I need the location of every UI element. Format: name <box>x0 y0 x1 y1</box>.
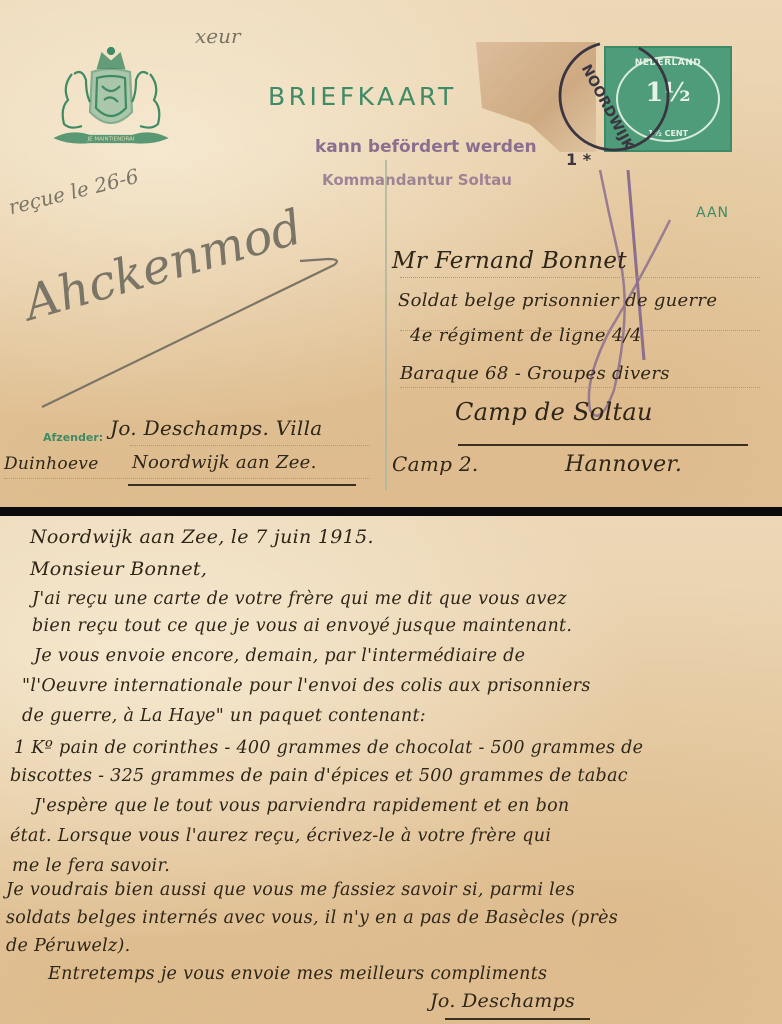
letter-line: J'ai reçu une carte de votre frère qui m… <box>32 589 567 609</box>
sender-line-1: Jo. Deschamps. Villa <box>110 416 323 440</box>
svg-text:JE MAINTIENDRAI: JE MAINTIENDRAI <box>87 137 135 143</box>
letter-line: de guerre, à La Haye" un paquet contenan… <box>22 706 426 726</box>
censor-stamp-line1: kann befördert werden <box>315 137 537 157</box>
letter-dateline: Noordwijk aan Zee, le 7 juin 1915. <box>30 526 374 548</box>
letter-salutation: Monsieur Bonnet, <box>30 558 207 580</box>
letter-line: "l'Oeuvre internationale pour l'envoi de… <box>22 676 591 696</box>
letter-line: 1 Kº pain de corinthes - 400 grammes de … <box>14 738 643 758</box>
postcard-back: Noordwijk aan Zee, le 7 juin 1915. Monsi… <box>0 516 782 1024</box>
address-line-1: Mr Fernand Bonnet <box>392 248 627 274</box>
coat-of-arms-icon: JE MAINTIENDRAI <box>42 46 180 152</box>
censor-stamp-line2: Kommandantur Soltau <box>322 171 512 189</box>
address-underline <box>458 444 748 446</box>
pencil-note-top: xeur <box>195 24 241 48</box>
address-line-5: Camp de Soltau <box>455 398 653 426</box>
sender-dotted-line <box>130 445 370 446</box>
letter-closing: Entretemps je vous envoie mes meilleurs … <box>48 964 547 984</box>
address-line-3: 4e régiment de ligne 4/4 <box>410 325 642 346</box>
letter-line: biscottes - 325 grammes de pain d'épices… <box>10 766 628 786</box>
letter-line: Je vous envoie encore, demain, par l'int… <box>34 646 525 666</box>
address-divider-line <box>385 160 387 490</box>
sender-line-2-right: Noordwijk aan Zee. <box>132 452 317 473</box>
address-line-6-left: Camp 2. <box>392 452 479 476</box>
sender-line-2-left: Duinhoeve <box>4 454 99 474</box>
pencil-swoosh-mark <box>38 245 348 415</box>
card-side-divider <box>0 507 782 516</box>
letter-signature: Jo. Deschamps <box>430 990 575 1012</box>
address-line-4: Baraque 68 - Groupes divers <box>400 363 670 384</box>
letter-line: soldats belges internés avec vous, il n'… <box>6 908 618 928</box>
address-dotted-line <box>400 277 760 278</box>
letter-line: me le fera savoir. <box>12 856 170 876</box>
address-line-6-right: Hannover. <box>565 452 682 477</box>
signature-underline <box>445 1018 590 1020</box>
sender-dotted-line <box>4 478 370 479</box>
address-dotted-line <box>400 387 760 388</box>
letter-line: bien reçu tout ce que je vous ai envoyé … <box>32 616 572 636</box>
letter-line: Je voudrais bien aussi que vous me fassi… <box>6 880 575 900</box>
aan-label: AAN <box>696 205 729 221</box>
letter-line: de Péruwelz). <box>6 936 131 956</box>
postcard-front: JE MAINTIENDRAI xeur reçue le 26-6 Ahcke… <box>0 0 782 507</box>
sender-underline <box>128 484 356 486</box>
card-title: BRIEFKAART <box>268 82 457 111</box>
pencil-received-date: reçue le 26-6 <box>6 164 141 220</box>
address-line-2: Soldat belge prisonnier de guerre <box>398 290 717 311</box>
sender-label: Afzender: <box>43 431 103 444</box>
letter-line: état. Lorsque vous l'aurez reçu, écrivez… <box>10 826 551 846</box>
letter-line: J'espère que le tout vous parviendra rap… <box>34 796 570 816</box>
